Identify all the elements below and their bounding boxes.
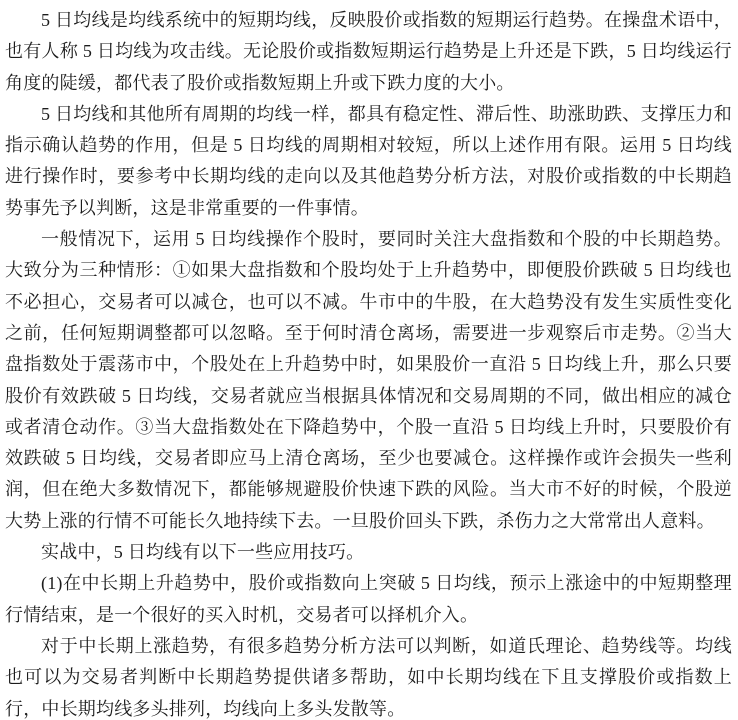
paragraph-technique-1: (1)在中长期上升趋势中，股价或指数向上突破 5 日均线，预示上涨途中的中短期整… (5, 568, 732, 631)
paragraph-intro-5day-ma: 5 日均线是均线系统中的短期均线，反映股价或指数的短期运行趋势。在操盘术语中，也… (5, 5, 732, 99)
paragraph-three-scenarios: 一般情况下，运用 5 日均线操作个股时，要同时关注大盘指数和个股的中长期趋势。大… (5, 224, 732, 537)
paragraph-practical-intro: 实战中，5 日均线有以下一些应用技巧。 (5, 537, 732, 568)
paragraph-characteristics: 5 日均线和其他所有周期的均线一样，都具有稳定性、滞后性、助涨助跌、支撑压力和指… (5, 99, 732, 224)
document-page: 5 日均线是均线系统中的短期均线，反映股价或指数的短期运行趋势。在操盘术语中，也… (0, 0, 738, 720)
paragraph-trend-analysis-methods: 对于中长期上涨趋势，有很多趋势分析方法可以判断，如道氏理论、趋势线等。均线也可以… (5, 631, 732, 720)
